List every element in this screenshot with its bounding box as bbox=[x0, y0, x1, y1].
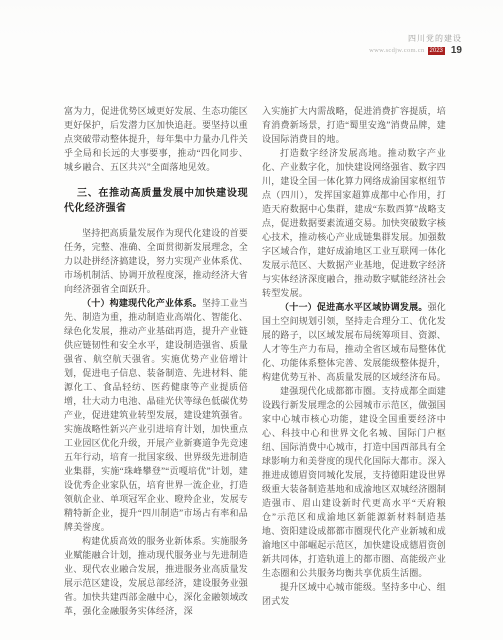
body-paragraph: 建强现代化成都都市圈。支持成都全面建设践行新发展理念的公园城市示范区，做强国家中… bbox=[262, 384, 446, 580]
magazine-title: 四川党的建设 bbox=[369, 34, 462, 44]
body-paragraph: 富为力，促进优势区域更好发展、生态功能区更好保护，后发潜力区加快追赶。要坚持以重… bbox=[64, 104, 248, 174]
body-paragraph: 构建优质高效的服务业新体系。实施服务业赋能融合计划，推动现代服务业与先进制造业、… bbox=[64, 534, 248, 618]
body-paragraph: 入实施扩大内需战略，促进消费扩容提质，培育消费新场景，打造“蜀里安逸”消费品牌，… bbox=[262, 104, 446, 146]
magazine-page: 四川党的建设 www.scdjw.com.cn 2023 19 富为力，促进优势… bbox=[0, 0, 503, 640]
paragraph-text: 坚持把高质量发展作为现代化建设的首要任务，完整、准确、全面贯彻新发展理念，全力以… bbox=[64, 228, 248, 294]
page-number: 19 bbox=[451, 45, 462, 58]
body-paragraph: 提升区域中心城市能级。坚持多中心、组团式发 bbox=[262, 580, 446, 608]
paragraph-text: 坚持工业当先、制造为重，推动制造业高端化、智能化、绿色化发展，推动产业基础再造，… bbox=[64, 298, 248, 532]
paragraph-lead: （十一）促进高水平区域协调发展。 bbox=[280, 302, 428, 312]
body-paragraph: 坚持把高质量发展作为现代化建设的首要任务，完整、准确、全面贯彻新发展理念，全力以… bbox=[64, 226, 248, 296]
section-heading: 三、在推动高质量发展中加快建设现代化经济强省 bbox=[64, 186, 248, 216]
paragraph-text: 富为力，促进优势区域更好发展、生态功能区更好保护，后发潜力区加快追赶。要坚持以重… bbox=[64, 106, 248, 172]
website-url: www.scdjw.com.cn bbox=[369, 47, 424, 55]
right-column: 入实施扩大内需战略，促进消费扩容提质，培育消费新场景，打造“蜀里安逸”消费品牌，… bbox=[262, 104, 446, 618]
paragraph-text: 强化国土空间规划引领，坚持走合理分工、优化发展的路子，以区域发展布局统筹项目、资… bbox=[262, 302, 446, 382]
paragraph-lead: （十）构建现代化产业体系。 bbox=[82, 298, 202, 308]
paragraph-text: 入实施扩大内需战略，促进消费扩容提质，培育消费新场景，打造“蜀里安逸”消费品牌，… bbox=[262, 106, 446, 144]
page-header: 四川党的建设 www.scdjw.com.cn 2023 19 bbox=[369, 34, 462, 58]
body-paragraph: 打造数字经济发展高地。推动数字产业化、产业数字化，加快建设网络强省、数字四川，建… bbox=[262, 146, 446, 300]
body-paragraph: （十一）促进高水平区域协调发展。强化国土空间规划引领，坚持走合理分工、优化发展的… bbox=[262, 300, 446, 384]
body-paragraph: （十）构建现代化产业体系。坚持工业当先、制造为重，推动制造业高端化、智能化、绿色… bbox=[64, 296, 248, 534]
left-column: 富为力，促进优势区域更好发展、生态功能区更好保护，后发潜力区加快追赶。要坚持以重… bbox=[64, 104, 248, 618]
paragraph-text: 构建优质高效的服务业新体系。实施服务业赋能融合计划，推动现代服务业与先进制造业、… bbox=[64, 536, 248, 616]
paragraph-text: 提升区域中心城市能级。坚持多中心、组团式发 bbox=[262, 582, 446, 606]
paragraph-text: 打造数字经济发展高地。推动数字产业化、产业数字化，加快建设网络强省、数字四川，建… bbox=[262, 148, 446, 298]
paragraph-text: 建强现代化成都都市圈。支持成都全面建设践行新发展理念的公园城市示范区，做强国家中… bbox=[262, 386, 446, 578]
text-columns: 富为力，促进优势区域更好发展、生态功能区更好保护，后发潜力区加快追赶。要坚持以重… bbox=[64, 104, 446, 618]
issue-badge: 2023 bbox=[428, 47, 445, 55]
header-meta-row: www.scdjw.com.cn 2023 19 bbox=[369, 45, 462, 58]
